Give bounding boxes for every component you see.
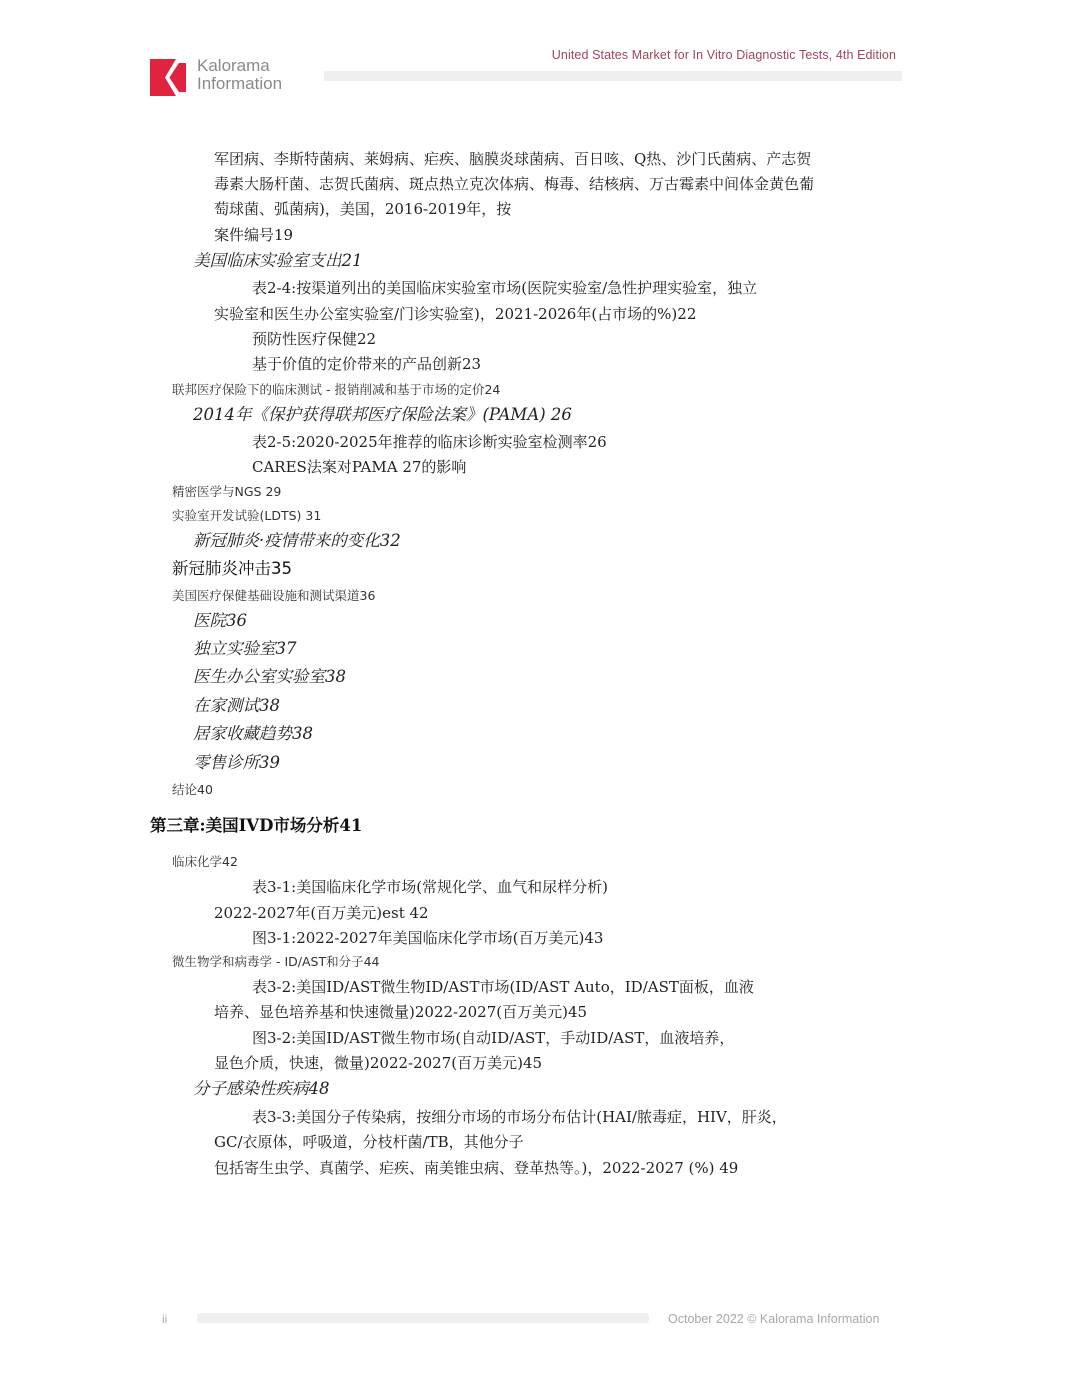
toc-entry[interactable]: CARES法案对PAMA 27的影响 bbox=[252, 455, 466, 479]
header-divider-bar bbox=[324, 71, 902, 81]
toc-entry[interactable]: 表2-5:2020-2025年推荐的临床诊断实验室检测率26 bbox=[252, 430, 607, 454]
toc-chapter-heading[interactable]: 第三章:美国IVD市场分析41 bbox=[150, 814, 362, 838]
toc-entry[interactable]: 基于价值的定价带来的产品创新23 bbox=[252, 352, 481, 376]
footer-divider-bar bbox=[197, 1313, 649, 1323]
toc-entry[interactable]: 居家收藏趋势38 bbox=[193, 722, 313, 746]
toc-entry[interactable]: 萄球菌、弧菌病)，美国，2016-2019年，按 bbox=[214, 197, 511, 221]
toc-entry[interactable]: 医院36 bbox=[193, 609, 247, 633]
toc-entry[interactable]: 微生物学和病毒学 - ID/AST和分子44 bbox=[172, 950, 380, 974]
toc-entry[interactable]: 实验室和医生办公室实验室/门诊实验室)，2021-2026年(占市场的%)22 bbox=[214, 302, 696, 326]
toc-entry[interactable]: 新冠肺炎·疫情带来的变化32 bbox=[193, 529, 401, 553]
page-number: ii bbox=[162, 1312, 167, 1326]
toc-entry[interactable]: 显色介质，快速，微量)2022-2027(百万美元)45 bbox=[214, 1051, 542, 1075]
brand-line-1: Kalorama bbox=[197, 57, 282, 75]
toc-entry[interactable]: 毒素大肠杆菌、志贺氏菌病、斑点热立克次体病、梅毒、结核病、万古霉素中间体金黄色葡 bbox=[214, 172, 814, 196]
toc-entry[interactable]: 零售诊所39 bbox=[193, 751, 280, 775]
toc-entry[interactable]: 临床化学42 bbox=[172, 850, 238, 874]
toc-entry[interactable]: 表3-3:美国分子传染病，按细分市场的市场分布估计(HAI/脓毒症，HIV，肝炎… bbox=[252, 1105, 787, 1129]
toc-entry[interactable]: 分子感染性疾病48 bbox=[193, 1077, 330, 1101]
toc-entry[interactable]: 新冠肺炎冲击35 bbox=[172, 557, 292, 581]
toc-entry[interactable]: 军团病、李斯特菌病、莱姆病、疟疾、脑膜炎球菌病、百日咳、Q热、沙门氏菌病、产志贺 bbox=[214, 147, 811, 171]
toc-entry[interactable]: GC/衣原体，呼吸道，分枝杆菌/TB，其他分子 bbox=[214, 1130, 524, 1154]
toc-entry[interactable]: 实验室开发试验(LDTS) 31 bbox=[172, 504, 321, 528]
toc-entry[interactable]: 医生办公室实验室38 bbox=[193, 665, 346, 689]
toc-entry[interactable]: 2022-2027年(百万美元)est 42 bbox=[214, 901, 429, 925]
kalorama-logo-icon bbox=[150, 59, 186, 96]
brand-line-2: Information bbox=[197, 75, 282, 93]
toc-entry[interactable]: 图3-1:2022-2027年美国临床化学市场(百万美元)43 bbox=[252, 926, 603, 950]
toc-entry[interactable]: 独立实验室37 bbox=[193, 637, 297, 661]
toc-entry[interactable]: 美国临床实验室支出21 bbox=[193, 249, 363, 273]
toc-entry[interactable]: 图3-2:美国ID/AST微生物市场(自动ID/AST，手动ID/AST，血液培… bbox=[252, 1026, 734, 1050]
brand-name: Kalorama Information bbox=[197, 57, 282, 93]
toc-entry[interactable]: 案件编号19 bbox=[214, 223, 293, 247]
toc-entry[interactable]: 包括寄生虫学、真菌学、疟疾、南美锥虫病、登革热等。)，2022-2027 (%)… bbox=[214, 1156, 738, 1180]
toc-entry[interactable]: 表2-4:按渠道列出的美国临床实验室市场(医院实验室/急性护理实验室，独立 bbox=[252, 276, 757, 300]
toc-entry[interactable]: 结论40 bbox=[172, 778, 213, 802]
footer-copyright: October 2022 © Kalorama Information bbox=[668, 1312, 879, 1326]
toc-entry[interactable]: 在家测试38 bbox=[193, 694, 280, 718]
report-title: United States Market for In Vitro Diagno… bbox=[552, 48, 896, 62]
toc-entry[interactable]: 培养、显色培养基和快速微量)2022-2027(百万美元)45 bbox=[214, 1000, 587, 1024]
toc-entry[interactable]: 表3-2:美国ID/AST微生物ID/AST市场(ID/AST Auto，ID/… bbox=[252, 975, 754, 999]
toc-entry[interactable]: 2014年《保护获得联邦医疗保险法案》(PAMA) 26 bbox=[193, 403, 572, 427]
toc-entry[interactable]: 联邦医疗保险下的临床测试 - 报销削减和基于市场的定价24 bbox=[172, 378, 500, 402]
toc-entry[interactable]: 精密医学与NGS 29 bbox=[172, 480, 281, 504]
toc-entry[interactable]: 美国医疗保健基础设施和测试渠道36 bbox=[172, 584, 375, 608]
toc-entry[interactable]: 表3-1:美国临床化学市场(常规化学、血气和尿样分析) bbox=[252, 875, 608, 899]
toc-entry[interactable]: 预防性医疗保健22 bbox=[252, 327, 376, 351]
